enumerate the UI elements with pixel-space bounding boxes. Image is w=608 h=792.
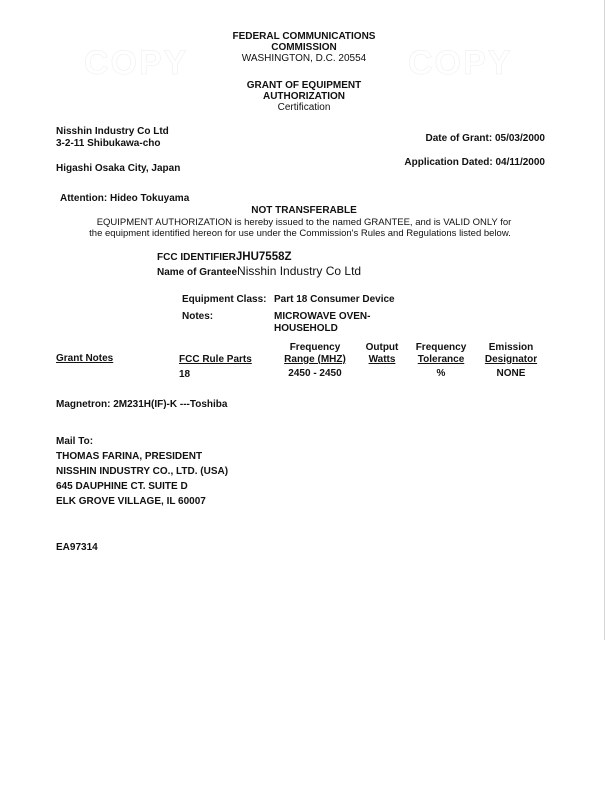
cell-rule-parts: 18 [179,369,190,380]
grantee-name-value: Nisshin Industry Co Ltd [237,264,361,278]
application-dated: Application Dated: 04/11/2000 [404,157,545,168]
grantee-city: Higashi Osaka City, Japan [56,163,180,174]
notes-label: Notes: [182,311,213,322]
grantee-name-label: Name of Grantee [157,267,237,278]
fcc-identifier-value: JHU7558Z [236,251,292,263]
agency-name-line1: FEDERAL COMMUNICATIONS [0,31,608,43]
notice-text-line1: EQUIPMENT AUTHORIZATION is hereby issued… [0,217,608,228]
agency-address: WASHINGTON, D.C. 20554 [0,53,608,65]
not-transferable-heading: NOT TRANSFERABLE [0,205,608,216]
equipment-class-label: Equipment Class: [182,294,266,305]
reference-code: EA97314 [56,542,98,553]
attention-line: Attention: Hideo Tokuyama [60,193,189,204]
header-fcc-rule-parts: FCC Rule Parts [179,354,252,365]
mail-to-line: 645 DAUPHINE CT. SUITE D [56,481,188,492]
date-of-grant: Date of Grant: 05/03/2000 [426,133,546,144]
cell-frequency-tolerance: % [410,368,472,380]
cell-emission-designator: NONE [480,368,542,380]
document-title-line1: GRANT OF EQUIPMENT [0,80,608,92]
mail-to-line: ELK GROVE VILLAGE, IL 60007 [56,496,206,507]
agency-name-line2: COMMISSION [0,42,608,54]
mail-to-line: THOMAS FARINA, PRESIDENT [56,451,202,462]
document-title-line2: AUTHORIZATION [0,91,608,103]
mail-to-label: Mail To: [56,436,93,447]
notes-value-line2: HOUSEHOLD [274,323,338,334]
header-frequency-range: Frequency Range (MHZ) [280,342,350,365]
equipment-class-value: Part 18 Consumer Device [274,294,395,305]
grantee-street: 3-2-11 Shibukawa-cho [56,138,160,149]
notes-value-line1: MICROWAVE OVEN- [274,311,370,322]
mail-to-line: NISSHIN INDUSTRY CO., LTD. (USA) [56,466,228,477]
magnetron-note: Magnetron: 2M231H(IF)-K ---Toshiba [56,399,227,410]
document-subtitle: Certification [0,102,608,114]
fcc-identifier-label: FCC IDENTIFIER [157,252,236,263]
fcc-identifier: FCC IDENTIFIERJHU7558Z [157,251,292,263]
header-emission-designator: Emission Designator [480,342,542,365]
cell-frequency-range: 2450 - 2450 [280,368,350,380]
grantee-name: Nisshin Industry Co Ltd [56,126,169,137]
grantee-name-row: Name of GranteeNisshin Industry Co Ltd [157,264,361,278]
notice-text-line2: the equipment identified hereon for use … [0,228,600,239]
header-output-watts: Output Watts [357,342,407,365]
header-grant-notes: Grant Notes [56,353,113,364]
header-frequency-tolerance: Frequency Tolerance [410,342,472,365]
